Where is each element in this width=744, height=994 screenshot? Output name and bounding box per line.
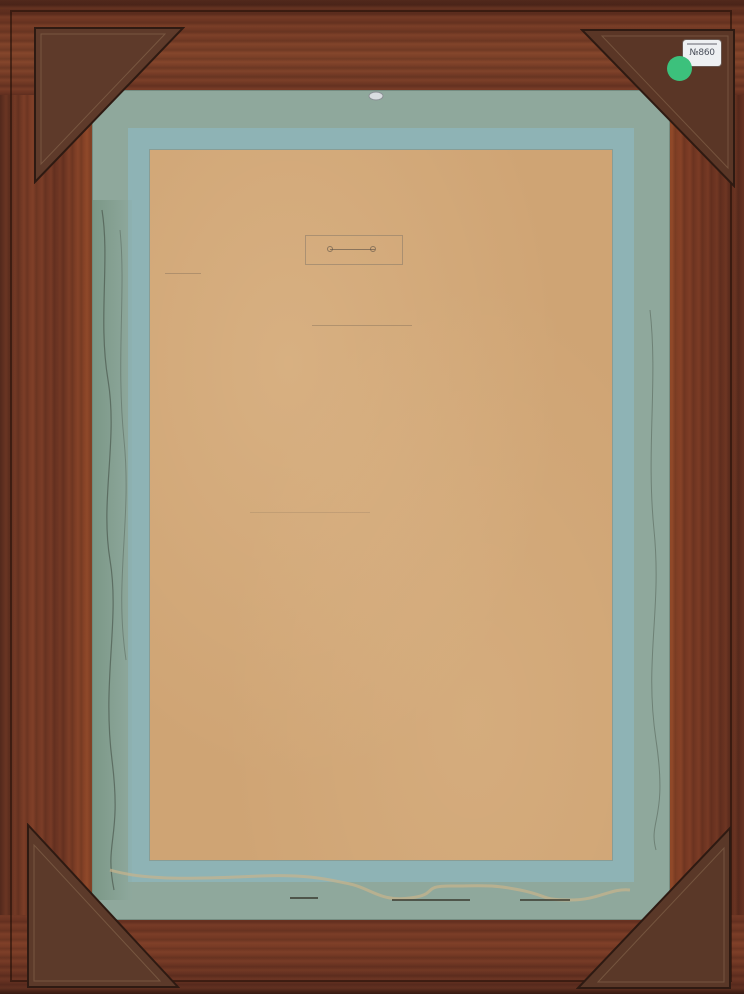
pencil-mark bbox=[312, 325, 412, 326]
tape-wrinkles-right bbox=[630, 300, 670, 860]
pencil-sketch-box bbox=[305, 235, 403, 265]
label-header-line bbox=[687, 43, 717, 45]
corner-brace-bottom-right bbox=[576, 826, 732, 990]
corner-brace-bottom-left bbox=[26, 823, 180, 989]
tape-wrinkles-left bbox=[92, 200, 142, 900]
hanger-wire-icon bbox=[366, 88, 386, 104]
pencil-sketch-dot bbox=[327, 246, 333, 252]
pencil-mark bbox=[250, 512, 370, 513]
green-dot-sticker bbox=[667, 56, 692, 81]
inventory-label-text: №860 bbox=[689, 48, 714, 58]
pencil-sketch-line bbox=[330, 249, 375, 250]
frame-back-photo: №860 bbox=[0, 0, 744, 994]
pencil-mark bbox=[165, 273, 201, 274]
pencil-sketch-dot bbox=[370, 246, 376, 252]
corner-brace-top-left bbox=[33, 26, 185, 184]
